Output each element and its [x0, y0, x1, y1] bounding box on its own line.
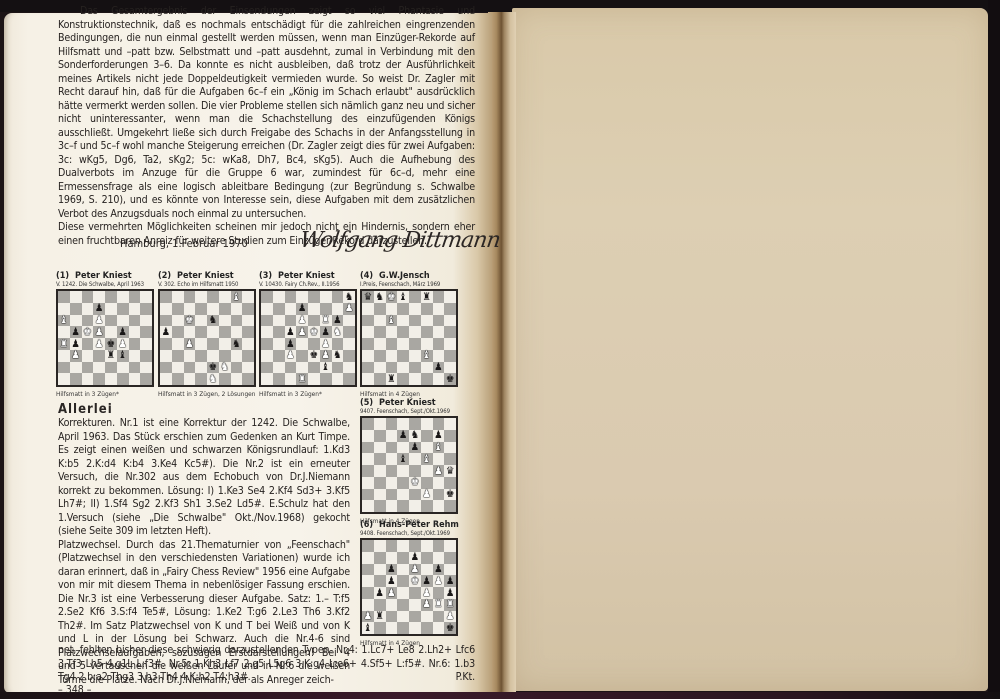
square-e3: ♚ [409, 477, 421, 489]
square-a1: ♝ [362, 622, 374, 634]
square-c7 [285, 303, 297, 315]
white-king-icon: ♚ [411, 477, 419, 488]
square-e4 [207, 338, 219, 350]
square-d3 [93, 350, 105, 362]
square-d8 [93, 291, 105, 303]
square-a5 [58, 326, 70, 338]
square-g2: ♟ [433, 362, 445, 374]
square-a4 [160, 338, 172, 350]
black-queen-icon: ♛ [364, 292, 372, 303]
square-e4: ♚ [105, 338, 117, 350]
black-pawn-icon: ♟ [71, 339, 79, 350]
black-pawn-icon: ♟ [434, 564, 442, 575]
book-gutter [488, 12, 516, 692]
black-pawn-icon: ♟ [375, 588, 383, 599]
square-b8 [273, 291, 285, 303]
black-king-icon: ♚ [446, 489, 454, 500]
square-g2 [332, 362, 344, 374]
square-e8 [105, 291, 117, 303]
square-a7 [362, 303, 374, 315]
chess-diagram-2: (2)Peter Kniest V. 302. Echo im Hilfsmat… [158, 271, 256, 398]
square-h2 [242, 362, 254, 374]
square-a4 [362, 465, 374, 477]
square-f1 [421, 373, 433, 385]
square-h4: ♛ [444, 465, 456, 477]
white-bishop-icon: ♝ [422, 350, 430, 361]
white-pawn-icon: ♟ [95, 315, 103, 326]
square-c8 [184, 291, 196, 303]
diagram-number: (4) [360, 271, 373, 281]
square-e8 [409, 540, 421, 552]
square-g4 [433, 587, 445, 599]
square-g4 [433, 338, 445, 350]
square-e4 [308, 338, 320, 350]
white-king-icon: ♚ [83, 327, 91, 338]
square-e5 [409, 453, 421, 465]
allerlei-tail-text: net, fehlten bisher diese schwierig darz… [58, 644, 475, 683]
square-e2 [409, 489, 421, 501]
square-c3 [386, 477, 398, 489]
square-a1 [362, 500, 374, 512]
white-pawn-icon: ♟ [345, 303, 353, 314]
white-rook-icon: ♜ [60, 339, 68, 350]
square-e4 [409, 465, 421, 477]
author-signature: Wolfgang Dittmann [298, 228, 501, 253]
square-g1 [433, 373, 445, 385]
square-g3 [129, 350, 141, 362]
square-f3 [421, 477, 433, 489]
square-f2 [117, 362, 129, 374]
square-f5: ♟ [320, 326, 332, 338]
square-c5 [386, 453, 398, 465]
white-knight-icon: ♞ [209, 374, 217, 385]
square-c6: ♝ [386, 315, 398, 327]
square-a8: ♛ [362, 291, 374, 303]
chess-diagram-3: (3)Peter Kniest V. 10430. Fairy Ch.Rev.,… [259, 271, 357, 398]
square-h2: ♚ [444, 489, 456, 501]
black-pawn-icon: ♟ [387, 576, 395, 587]
black-pawn-icon: ♟ [286, 339, 294, 350]
square-c8 [285, 291, 297, 303]
square-b1 [70, 373, 82, 385]
square-b4 [374, 338, 386, 350]
square-d3 [397, 350, 409, 362]
square-d7 [397, 303, 409, 315]
square-h7: ♟ [343, 303, 355, 315]
square-a5 [362, 326, 374, 338]
scan-right-edge [988, 0, 1000, 699]
square-c3 [82, 350, 94, 362]
square-f7 [219, 303, 231, 315]
square-e7 [308, 303, 320, 315]
square-c6 [386, 442, 398, 454]
diagram-author: Peter Kniest [177, 271, 234, 281]
square-d4 [397, 587, 409, 599]
square-a6 [362, 315, 374, 327]
square-b3 [273, 350, 285, 362]
square-g6 [129, 315, 141, 327]
white-knight-icon: ♞ [333, 327, 341, 338]
square-h8 [444, 291, 456, 303]
black-queen-icon: ♛ [446, 466, 454, 477]
square-b4 [273, 338, 285, 350]
square-c5: ♟ [285, 326, 297, 338]
square-e4 [409, 338, 421, 350]
white-pawn-icon: ♟ [95, 339, 103, 350]
square-f5: ♟ [117, 326, 129, 338]
square-f4 [421, 465, 433, 477]
square-g1 [129, 373, 141, 385]
square-c1: ♜ [386, 373, 398, 385]
square-a4 [362, 587, 374, 599]
square-b2 [374, 489, 386, 501]
diagram-author: Peter Kniest [75, 271, 132, 281]
square-g6 [231, 315, 243, 327]
square-b7 [273, 303, 285, 315]
square-e6: ♟ [409, 564, 421, 576]
square-a3 [362, 350, 374, 362]
black-king-icon: ♚ [107, 339, 115, 350]
square-a3 [160, 350, 172, 362]
black-rook-icon: ♜ [375, 611, 383, 622]
black-bishop-icon: ♝ [321, 362, 329, 373]
square-d1 [195, 373, 207, 385]
square-e7 [105, 303, 117, 315]
square-e1 [308, 373, 320, 385]
white-rook-icon: ♜ [434, 599, 442, 610]
square-g2 [231, 362, 243, 374]
black-pawn-icon: ♟ [411, 442, 419, 453]
square-h7 [444, 303, 456, 315]
square-h2 [343, 362, 355, 374]
square-f5: ♝ [421, 453, 433, 465]
white-bishop-icon: ♝ [232, 292, 240, 303]
square-d7: ♟ [296, 303, 308, 315]
section-heading-allerlei: Allerlei [58, 402, 113, 417]
square-d4 [397, 465, 409, 477]
square-d4 [397, 338, 409, 350]
diagram-author: G.W.Jensch [379, 271, 430, 281]
square-b8 [374, 540, 386, 552]
black-king-icon: ♚ [446, 623, 454, 634]
black-king-icon: ♚ [310, 350, 318, 361]
black-rook-icon: ♜ [107, 350, 115, 361]
square-b7 [70, 303, 82, 315]
square-b8: ♞ [374, 291, 386, 303]
square-a6: ♝ [58, 315, 70, 327]
square-c7 [386, 552, 398, 564]
square-b1 [374, 373, 386, 385]
square-d5: ♟ [93, 326, 105, 338]
square-d6: ♟ [93, 315, 105, 327]
square-c6 [82, 315, 94, 327]
white-bishop-icon: ♝ [434, 442, 442, 453]
square-d3 [195, 350, 207, 362]
square-b8 [374, 418, 386, 430]
square-e2 [105, 362, 117, 374]
square-a2 [160, 362, 172, 374]
square-b5 [374, 453, 386, 465]
square-c2 [386, 489, 398, 501]
square-f1 [421, 622, 433, 634]
square-h8: ♞ [343, 291, 355, 303]
square-d3 [397, 599, 409, 611]
square-g3 [433, 477, 445, 489]
square-h5 [343, 326, 355, 338]
square-f8 [320, 291, 332, 303]
square-h6 [140, 315, 152, 327]
black-pawn-icon: ♟ [422, 576, 430, 587]
black-pawn-icon: ♟ [434, 362, 442, 373]
black-bishop-icon: ♝ [118, 350, 126, 361]
white-king-icon: ♚ [411, 576, 419, 587]
square-a3 [362, 599, 374, 611]
black-knight-icon: ♞ [375, 292, 383, 303]
black-pawn-icon: ♟ [118, 327, 126, 338]
square-f3: ♝ [421, 350, 433, 362]
square-h1 [242, 373, 254, 385]
square-c1 [386, 622, 398, 634]
black-bishop-icon: ♝ [364, 623, 372, 634]
square-e5 [409, 326, 421, 338]
chess-board: ♟♝♟♟♚♟♟♜♟♟♚♟♟♜♝ [56, 289, 154, 387]
square-c6: ♟ [386, 564, 398, 576]
square-c2 [82, 362, 94, 374]
square-f5 [219, 326, 231, 338]
black-knight-icon: ♞ [232, 339, 240, 350]
square-h5 [242, 326, 254, 338]
allerlei-paragraph: Korrekturen. Nr.1 ist eine Korrektur der… [58, 417, 350, 539]
black-bishop-icon: ♝ [399, 454, 407, 465]
square-e8 [409, 291, 421, 303]
square-c4 [82, 338, 94, 350]
square-f4: ♟ [117, 338, 129, 350]
square-f6: ♜ [320, 315, 332, 327]
black-rook-icon: ♜ [387, 374, 395, 385]
white-pawn-icon: ♟ [321, 350, 329, 361]
square-b3 [374, 350, 386, 362]
square-h1 [140, 373, 152, 385]
square-d6 [397, 315, 409, 327]
square-a1 [58, 373, 70, 385]
square-c8 [386, 540, 398, 552]
square-b3 [172, 350, 184, 362]
white-pawn-icon: ♟ [422, 489, 430, 500]
black-knight-icon: ♞ [411, 430, 419, 441]
square-d6: ♟ [296, 315, 308, 327]
black-pawn-icon: ♟ [298, 303, 306, 314]
square-h7 [444, 430, 456, 442]
square-h7 [444, 552, 456, 564]
white-king-icon: ♚ [387, 292, 395, 303]
square-c4: ♟ [386, 587, 398, 599]
square-a7 [362, 430, 374, 442]
square-h2 [444, 362, 456, 374]
white-bishop-icon: ♝ [387, 315, 395, 326]
square-b6 [273, 315, 285, 327]
diagram-number: (1) [56, 271, 69, 281]
page-number: – 348 – [58, 684, 91, 696]
square-c3: ♟ [285, 350, 297, 362]
black-rook-icon: ♜ [422, 292, 430, 303]
square-f3: ♟ [421, 599, 433, 611]
white-rook-icon: ♜ [446, 599, 454, 610]
white-pawn-icon: ♟ [411, 564, 419, 575]
square-h1: ♚ [444, 622, 456, 634]
black-pawn-icon: ♟ [162, 327, 170, 338]
diagram-number: (5) [360, 398, 373, 408]
square-d8: ♝ [397, 291, 409, 303]
square-d3 [296, 350, 308, 362]
square-b2 [273, 362, 285, 374]
intro-paragraph: Das Gesamtergebnis der Einsendungen zeig… [58, 5, 475, 221]
square-g5 [129, 326, 141, 338]
square-g1 [332, 373, 344, 385]
square-a5 [362, 575, 374, 587]
chess-diagram-5: (5)Peter Kniest 9407. Feenschach, Sept./… [360, 398, 458, 525]
black-knight-icon: ♞ [333, 350, 341, 361]
square-g2 [129, 362, 141, 374]
square-h3: ♜ [444, 599, 456, 611]
square-h2: ♟ [444, 611, 456, 623]
square-b6 [172, 315, 184, 327]
square-b5: ♟ [70, 326, 82, 338]
square-c7 [386, 303, 398, 315]
square-f6 [421, 564, 433, 576]
square-e1 [105, 373, 117, 385]
square-h7 [242, 303, 254, 315]
square-a1 [362, 373, 374, 385]
square-d7 [195, 303, 207, 315]
square-c6 [285, 315, 297, 327]
diagram-caption: Hilfsmatt in 3 Zügen, 2 Lösungen [158, 390, 256, 398]
square-f8: ♜ [421, 291, 433, 303]
square-f7 [117, 303, 129, 315]
square-d1 [93, 373, 105, 385]
black-pawn-icon: ♟ [71, 327, 79, 338]
black-pawn-icon: ♟ [286, 327, 294, 338]
white-bishop-icon: ♝ [60, 315, 68, 326]
diagram-author: Peter Kniest [278, 271, 335, 281]
square-d2 [195, 362, 207, 374]
square-c5 [386, 326, 398, 338]
white-pawn-icon: ♟ [298, 327, 306, 338]
square-a8 [160, 291, 172, 303]
diagram-source: 9407. Feenschach, Sept./Okt.1969 [360, 408, 458, 416]
square-e8 [207, 291, 219, 303]
square-b7 [374, 430, 386, 442]
square-h6 [343, 315, 355, 327]
square-c7 [82, 303, 94, 315]
square-f7 [421, 552, 433, 564]
square-b1 [374, 622, 386, 634]
black-pawn-icon: ♟ [387, 564, 395, 575]
chess-board: ♝♚♞♟♟♞♚♞♞ [158, 289, 256, 387]
square-f1 [117, 373, 129, 385]
square-g4: ♞ [231, 338, 243, 350]
black-pawn-icon: ♟ [411, 552, 419, 563]
square-a6 [160, 315, 172, 327]
square-g8 [129, 291, 141, 303]
diagram-caption: Hilfsmatt in 4 Zügen [360, 390, 458, 398]
square-c1 [285, 373, 297, 385]
square-a6 [362, 564, 374, 576]
square-a2 [362, 489, 374, 501]
square-h4 [242, 338, 254, 350]
square-b8 [172, 291, 184, 303]
square-d5 [195, 326, 207, 338]
allerlei-tail: net, fehlten bisher diese schwierig darz… [58, 644, 475, 685]
square-e8 [409, 418, 421, 430]
square-c8: ♚ [386, 291, 398, 303]
square-f8 [219, 291, 231, 303]
square-g5 [231, 326, 243, 338]
square-e7: ♞ [409, 430, 421, 442]
square-b3: ♟ [70, 350, 82, 362]
square-g4 [129, 338, 141, 350]
black-king-icon: ♚ [209, 362, 217, 373]
square-g5: ♟ [433, 575, 445, 587]
square-g6: ♝ [433, 442, 445, 454]
white-pawn-icon: ♟ [446, 611, 454, 622]
square-d1 [397, 622, 409, 634]
square-a7 [58, 303, 70, 315]
square-g3: ♞ [332, 350, 344, 362]
white-pawn-icon: ♟ [298, 315, 306, 326]
white-pawn-icon: ♟ [118, 339, 126, 350]
square-h2 [140, 362, 152, 374]
white-pawn-icon: ♟ [321, 339, 329, 350]
diagram-source: V. 1242. Die Schwalbe, April 1963 [56, 281, 154, 289]
square-f2 [421, 362, 433, 374]
square-c5: ♟ [386, 575, 398, 587]
square-g2 [433, 489, 445, 501]
square-f7 [421, 303, 433, 315]
chess-board: ♟♟♟♟♟♚♟♟♟♟♟♟♟♟♜♜♟♜♟♝♚ [360, 538, 458, 636]
square-a2: ♟ [362, 611, 374, 623]
square-h3 [140, 350, 152, 362]
square-h4 [343, 338, 355, 350]
white-pawn-icon: ♟ [185, 339, 193, 350]
square-b6 [374, 315, 386, 327]
square-g2 [433, 611, 445, 623]
square-c1 [184, 373, 196, 385]
square-b2 [172, 362, 184, 374]
square-a2 [362, 362, 374, 374]
square-d1 [397, 373, 409, 385]
square-c2 [386, 362, 398, 374]
square-c5: ♚ [82, 326, 94, 338]
diagram-author: Peter Kniest [379, 398, 436, 408]
white-pawn-icon: ♟ [286, 350, 294, 361]
square-g5 [433, 453, 445, 465]
square-a8 [362, 418, 374, 430]
diagram-number: (6) [360, 520, 373, 530]
square-h1 [343, 373, 355, 385]
square-a4 [362, 338, 374, 350]
square-b3 [374, 599, 386, 611]
square-a7 [362, 552, 374, 564]
black-king-icon: ♚ [446, 374, 454, 385]
square-f3: ♟ [320, 350, 332, 362]
square-a7 [261, 303, 273, 315]
square-a5: ♟ [160, 326, 172, 338]
square-h8 [242, 291, 254, 303]
square-h8 [444, 418, 456, 430]
white-pawn-icon: ♟ [95, 327, 103, 338]
scan-bottom-edge [0, 692, 1000, 699]
square-d2 [397, 489, 409, 501]
